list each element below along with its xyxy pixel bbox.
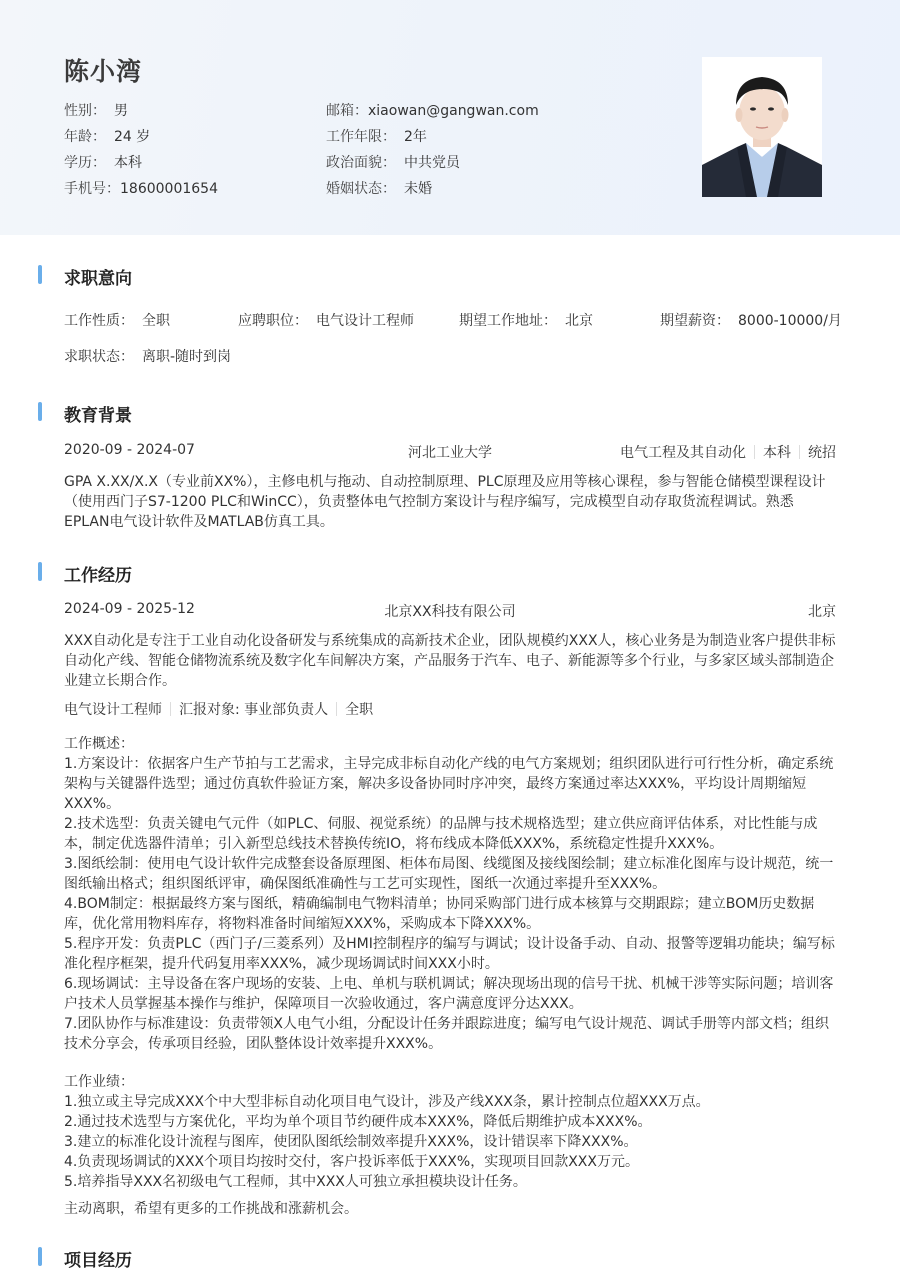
info-gender: 性别：男: [64, 100, 128, 120]
info-label: 政治面貌：: [326, 155, 396, 171]
work-job-type: 全职: [345, 702, 373, 718]
intention-label: 工作性质：: [64, 313, 134, 329]
intention-position: 应聘职位：电气设计工程师: [238, 310, 414, 330]
section-title-education: 教育背景: [64, 401, 132, 426]
separator: [170, 702, 171, 716]
education-major: 电气工程及其自动化: [620, 445, 746, 461]
info-label: 手机号：: [64, 181, 120, 197]
company-intro: XXX自动化是专注于工业自动化设备研发与系统集成的高新技术企业，团队规模约XXX…: [64, 631, 838, 691]
info-value: 18600001654: [120, 181, 218, 197]
info-education: 学历：本科: [64, 152, 142, 172]
info-value: 24 岁: [114, 129, 150, 145]
info-value: 未婚: [404, 181, 432, 197]
section-accent-bar: [38, 265, 42, 284]
info-label: 年龄：: [64, 129, 106, 145]
education-school: 河北工业大学: [350, 442, 550, 462]
profile-photo: [702, 57, 822, 197]
work-company: 北京XX科技有限公司: [350, 601, 550, 621]
info-value: 男: [114, 103, 128, 119]
intention-value: 离职-随时到岗: [142, 349, 231, 365]
intention-value: 北京: [565, 313, 593, 329]
info-label: 性别：: [64, 103, 106, 119]
intention-label: 期望工作地址：: [459, 313, 557, 329]
work-overview: 1.方案设计：依据客户生产节拍与工艺需求，主导完成非标自动化产线的电气方案规划；…: [64, 754, 838, 1054]
work-achievements: 1.独立或主导完成XXX个中大型非标自动化项目电气设计，涉及产线XXX条，累计控…: [64, 1092, 838, 1192]
work-period: 2024-09 - 2025-12: [64, 601, 195, 617]
section-accent-bar: [38, 562, 42, 581]
info-marital-status: 婚姻状态：未婚: [326, 178, 432, 198]
education-period: 2020-09 - 2024-07: [64, 442, 195, 458]
info-value: xiaowan@gangwan.com: [368, 103, 539, 119]
education-details: 电气工程及其自动化本科统招: [536, 442, 836, 462]
section-title-work: 工作经历: [64, 561, 132, 586]
work-role: 电气设计工程师: [64, 702, 162, 718]
intention-label: 应聘职位：: [238, 313, 308, 329]
info-phone: 手机号：18600001654: [64, 178, 218, 198]
leave-reason: 主动离职，希望有更多的工作挑战和涨薪机会。: [64, 1199, 838, 1219]
education-description: GPA X.XX/X.X（专业前XX%），主修电机与拖动、自动控制原理、PLC原…: [64, 472, 838, 532]
candidate-name: 陈小湾: [64, 52, 142, 88]
intention-location: 期望工作地址：北京: [459, 310, 593, 330]
info-value: 中共党员: [404, 155, 460, 171]
info-label: 学历：: [64, 155, 106, 171]
section-title-projects: 项目经历: [64, 1246, 132, 1271]
separator: [336, 702, 337, 716]
separator: [754, 445, 755, 459]
intention-value: 电气设计工程师: [316, 313, 414, 329]
info-label: 邮箱：: [326, 103, 368, 119]
section-accent-bar: [38, 402, 42, 421]
intention-value: 全职: [142, 313, 170, 329]
separator: [799, 445, 800, 459]
info-political-status: 政治面貌：中共党员: [326, 152, 460, 172]
section-title-job-intention: 求职意向: [64, 264, 132, 289]
info-age: 年龄：24 岁: [64, 126, 150, 146]
intention-job-type: 工作性质：全职: [64, 310, 170, 330]
section-accent-bar: [38, 1247, 42, 1266]
info-work-years: 工作年限：2年: [326, 126, 427, 146]
work-overview-title: 工作概述：: [64, 734, 838, 754]
info-label: 工作年限：: [326, 129, 396, 145]
intention-label: 期望薪资：: [660, 313, 730, 329]
work-location: 北京: [636, 601, 836, 621]
intention-value: 8000-10000/月: [738, 313, 842, 329]
education-enrollment-type: 统招: [808, 445, 836, 461]
work-role-line: 电气设计工程师汇报对象: 事业部负责人全职: [64, 699, 373, 719]
info-value: 2年: [404, 129, 427, 145]
work-report-to: 汇报对象: 事业部负责人: [179, 702, 328, 718]
intention-salary: 期望薪资：8000-10000/月: [660, 310, 842, 330]
info-email: 邮箱：xiaowan@gangwan.com: [326, 100, 539, 120]
intention-status: 求职状态：离职-随时到岗: [64, 346, 231, 366]
work-achievements-title: 工作业绩：: [64, 1072, 838, 1092]
person-portrait-icon: [702, 57, 822, 197]
education-degree: 本科: [763, 445, 791, 461]
info-value: 本科: [114, 155, 142, 171]
intention-label: 求职状态：: [64, 349, 134, 365]
info-label: 婚姻状态：: [326, 181, 396, 197]
